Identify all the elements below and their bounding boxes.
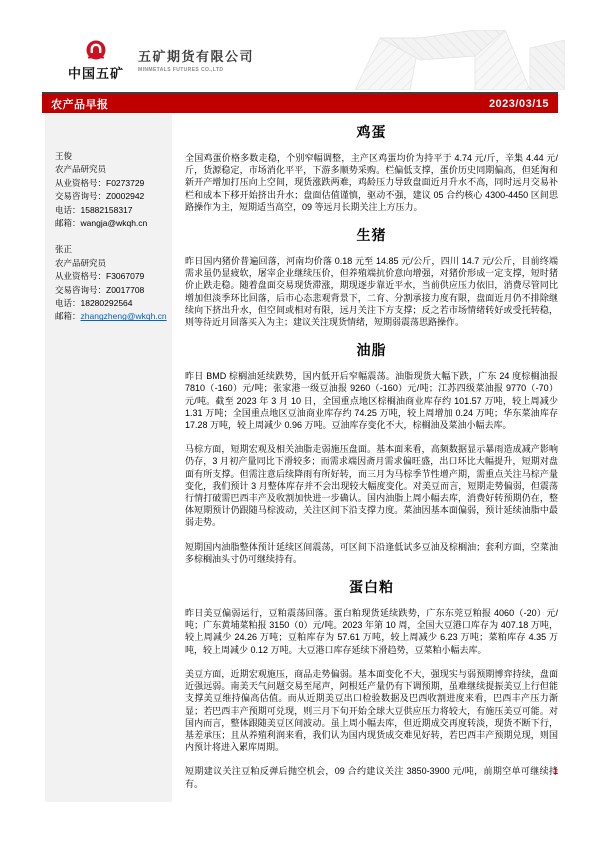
report-header: 中国五矿 五矿期货有限公司 MINMETALS FUTURES CO.,LTD (0, 0, 595, 92)
section-paragraph: 昨日国内猪价普遍回落，河南均价落 0.18 元至 14.85 元/公斤，四川 1… (185, 255, 558, 328)
analyst-name: 王俊 (55, 150, 164, 163)
analyst-name: 张正 (55, 243, 164, 256)
section-hogs: 生猪 昨日国内猪价普遍回落，河南均价落 0.18 元至 14.85 元/公斤，四… (185, 225, 558, 328)
title-bar: 农产品早报 2023/03/15 (42, 92, 558, 113)
analyst-card: 王俊 农产品研究员 从业资格号：F0273729 交易咨询号：Z0002942 … (55, 150, 164, 230)
analyst-phone: 电话：15882158317 (55, 204, 164, 217)
analyst-qualification: 从业资格号：F0273729 (55, 177, 164, 190)
section-paragraph: 短期国内油脂整体预计延续区间震荡，可区间下沿逢低试多豆油及棕榈油；套利方面，空菜… (185, 541, 558, 565)
report-date: 2023/03/15 (489, 98, 549, 110)
section-oils: 油脂 昨日 BMD 棕榈油延续跌势，国内低开后窄幅震荡。油脂现货大幅下跌，广东 … (185, 340, 558, 565)
analyst-title: 农产品研究员 (55, 257, 164, 270)
email-label: 邮箱： (55, 218, 81, 228)
email-text: wangja@wkqh.cn (81, 218, 148, 228)
building-watermark (325, 30, 565, 90)
analyst-email-row: 邮箱：zhangzheng@wkqh.cn (55, 310, 164, 323)
analyst-sidebar: 王俊 农产品研究员 从业资格号：F0273729 交易咨询号：Z0002942 … (45, 114, 172, 802)
analyst-email-row: 邮箱：wangja@wkqh.cn (55, 217, 164, 230)
section-title: 鸡蛋 (185, 122, 558, 142)
page-number: 1 (553, 766, 558, 776)
logo-block: 中国五矿 (68, 40, 124, 82)
section-paragraph: 短期建议关注豆粕反弹后抛空机会，09 合约建议关注 3850-3900 元/吨，… (185, 765, 558, 789)
section-eggs: 鸡蛋 全国鸡蛋价格多数走稳，个别窄幅调整，主产区鸡蛋均价为持平于 4.74 元/… (185, 122, 558, 213)
section-paragraph: 美豆方面，近期宏观施压，商品走势偏弱。基本面变化不大，强现实与弱预期博弈持续，盘… (185, 668, 558, 753)
section-title: 油脂 (185, 340, 558, 360)
analyst-consulting: 交易咨询号：Z0017708 (55, 284, 164, 297)
company-name-en: MINMETALS FUTURES CO.,LTD (138, 67, 254, 73)
company-name-cn: 五矿期货有限公司 (138, 46, 254, 65)
logo-text: 中国五矿 (68, 63, 124, 82)
report-body: 鸡蛋 全国鸡蛋价格多数走稳，个别窄幅调整，主产区鸡蛋均价为持平于 4.74 元/… (185, 114, 558, 802)
section-title: 蛋白粕 (185, 577, 558, 597)
email-link[interactable]: zhangzheng@wkqh.cn (81, 311, 167, 321)
section-paragraph: 马棕方面，短期宏观及相关油脂走弱施压盘面。基本面来看，高频数据显示暴雨造成减产影… (185, 443, 558, 528)
section-protein-meal: 蛋白粕 昨日美豆偏弱运行，豆粕震荡回落。蛋白粕现货延续跌势，广东东莞豆粕报 40… (185, 577, 558, 790)
email-label: 邮箱： (55, 311, 81, 321)
section-title: 生猪 (185, 225, 558, 245)
company-name-block: 五矿期货有限公司 MINMETALS FUTURES CO.,LTD (138, 46, 254, 82)
analyst-phone: 电话：18280292564 (55, 297, 164, 310)
analyst-title: 农产品研究员 (55, 163, 164, 176)
report-title: 农产品早报 (51, 96, 109, 112)
minmetals-logo-icon (84, 40, 108, 62)
section-paragraph: 全国鸡蛋价格多数走稳，个别窄幅调整，主产区鸡蛋均价为持平于 4.74 元/斤，辛… (185, 152, 558, 213)
section-paragraph: 昨日美豆偏弱运行，豆粕震荡回落。蛋白粕现货延续跌势，广东东莞豆粕报 4060（-… (185, 607, 558, 656)
content-area: 王俊 农产品研究员 从业资格号：F0273729 交易咨询号：Z0002942 … (45, 114, 558, 802)
section-paragraph: 昨日 BMD 棕榈油延续跌势，国内低开后窄幅震荡。油脂现货大幅下跌，广东 24 … (185, 370, 558, 431)
analyst-qualification: 从业资格号：F3067079 (55, 270, 164, 283)
analyst-consulting: 交易咨询号：Z0002942 (55, 190, 164, 203)
analyst-card: 张正 农产品研究员 从业资格号：F3067079 交易咨询号：Z0017708 … (55, 243, 164, 323)
brand-block: 中国五矿 五矿期货有限公司 MINMETALS FUTURES CO.,LTD (68, 40, 254, 82)
